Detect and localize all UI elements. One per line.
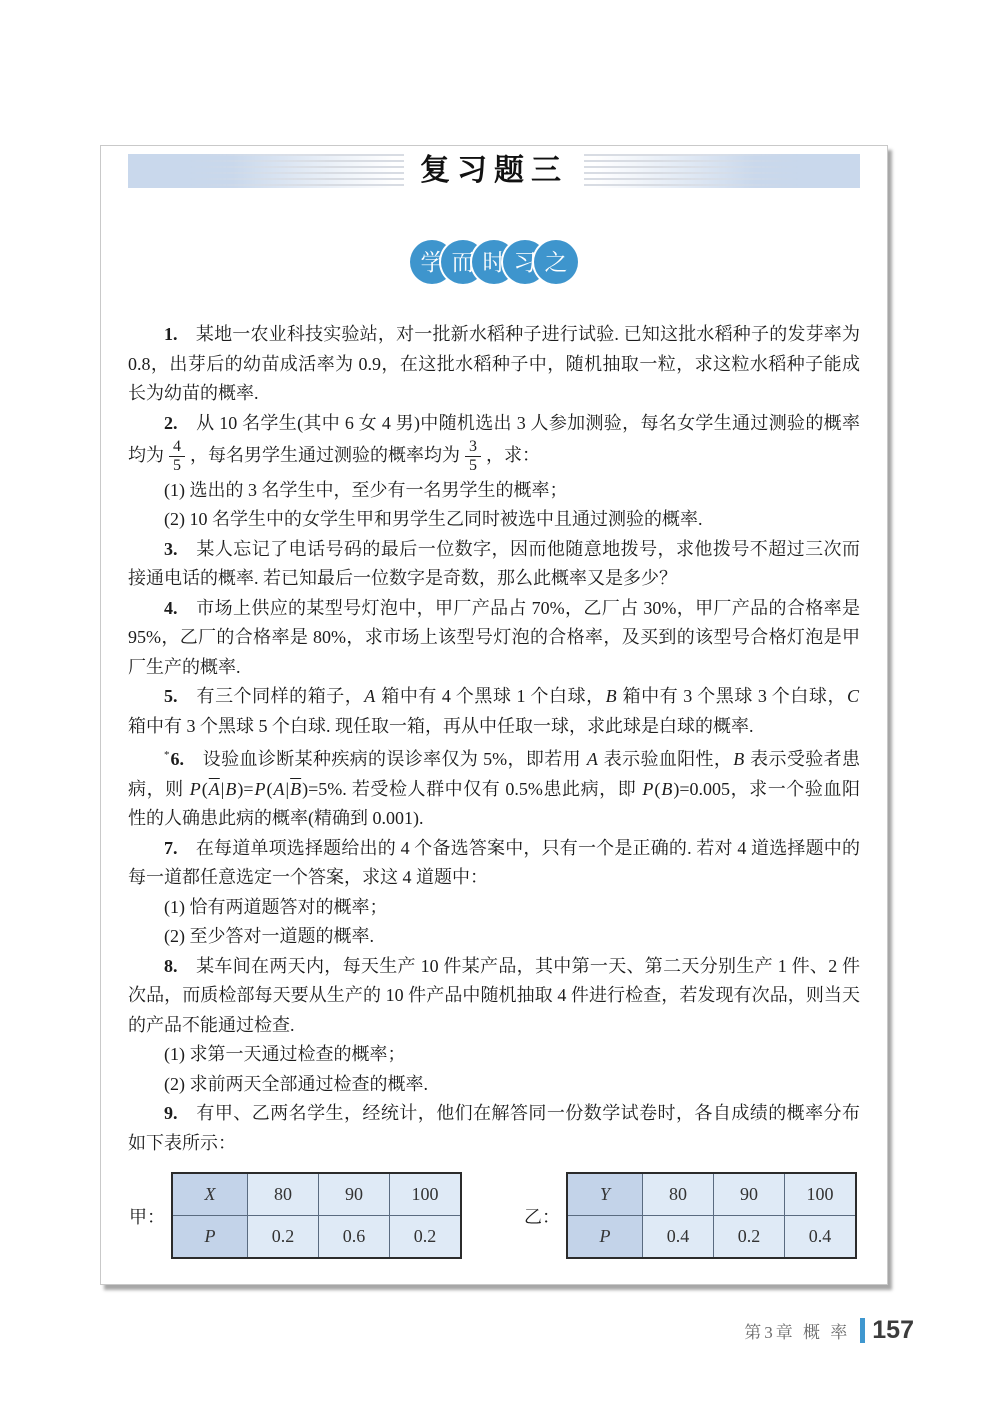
table-cell: X xyxy=(172,1173,248,1216)
table-cell: Y xyxy=(567,1173,643,1216)
table-cell: 80 xyxy=(643,1173,714,1216)
text-segment: A xyxy=(273,779,286,799)
text-segment: P xyxy=(641,779,654,799)
text-segment: * xyxy=(164,749,170,761)
problem-paragraph: 4. 市场上供应的某型号灯泡中，甲厂产品占 70%，乙厂占 30%，甲厂产品的合… xyxy=(128,594,860,683)
problem-paragraph: 7. 在每道单项选择题给出的 4 个备选答案中，只有一个是正确的. 若对 4 道… xyxy=(128,834,860,893)
table-cell: 100 xyxy=(390,1173,462,1216)
text-segment: )=5%. 若受检人群中仅有 0.5%患此病，即 xyxy=(302,779,641,799)
text-segment: (2) 10 名学生中的女学生甲和男学生乙同时被选中且通过测验的概率. xyxy=(164,509,703,529)
problem-paragraph: 5. 有三个同样的箱子，A 箱中有 4 个黑球 1 个白球，B 箱中有 3 个黑… xyxy=(128,682,860,741)
text-segment: 箱中有 3 个黑球 3 个白球， xyxy=(618,686,846,706)
text-segment: A xyxy=(208,779,221,799)
page-footer: 第3章 概 率 157 xyxy=(744,1316,914,1345)
table-cell: 80 xyxy=(248,1173,319,1216)
text-segment: B xyxy=(224,779,237,799)
text-segment: 市场上供应的某型号灯泡中，甲厂产品占 70%，乙厂占 30%，甲厂产品的合格率是… xyxy=(128,598,860,677)
table-label-yi: 乙： xyxy=(524,1203,560,1229)
table-cell: 0.4 xyxy=(643,1216,714,1259)
table-cell: 100 xyxy=(785,1173,857,1216)
text-segment: B xyxy=(289,779,302,799)
chapter-title-band: 复习题三 xyxy=(128,154,860,188)
text-segment: (2) 求前两天全部通过检查的概率. xyxy=(164,1074,428,1094)
text-segment: B xyxy=(660,779,673,799)
text-segment: A xyxy=(586,749,599,769)
page-frame: 复习题三 学而时习之 1. 某地一农业科技实验站，对一批新水稻种子进行试验. 已… xyxy=(100,145,888,1285)
text-segment: (1) 恰有两道题答对的概率； xyxy=(164,897,388,917)
table-group-jia: 甲： X 80 90 100 P 0.2 0.6 0.2 xyxy=(129,1172,462,1259)
fraction: 35 xyxy=(465,438,481,476)
problem-paragraph: 9. 有甲、乙两名学生，经统计，他们在解答同一份数学试卷时，各自成绩的概率分布如… xyxy=(128,1099,860,1158)
text-segment: B xyxy=(605,686,618,706)
fraction: 45 xyxy=(169,438,185,476)
table-row: Y 80 90 100 xyxy=(567,1173,856,1216)
problem-paragraph: *6. 设验血诊断某种疾病的误诊率仅为 5%，即若用 A 表示验血阳性，B 表示… xyxy=(128,741,860,834)
table-cell: 90 xyxy=(714,1173,785,1216)
table-cell: P xyxy=(172,1216,248,1259)
table-row: P 0.4 0.2 0.4 xyxy=(567,1216,856,1259)
table-cell: 0.2 xyxy=(714,1216,785,1259)
text-segment: 表示验血阳性， xyxy=(599,749,732,769)
footer-chapter-label: 第3章 概 率 xyxy=(744,1318,850,1343)
text-segment: 在每道单项选择题给出的 4 个备选答案中，只有一个是正确的. 若对 4 道选择题… xyxy=(128,838,860,888)
text-segment: ( xyxy=(267,779,273,799)
band-stripe-pattern xyxy=(584,154,860,188)
text-segment: )= xyxy=(237,779,253,799)
band-stripe-pattern xyxy=(128,154,404,188)
problem-paragraph: 1. 某地一农业科技实验站，对一批新水稻种子进行试验. 已知这批水稻种子的发芽率… xyxy=(128,320,860,409)
text-segment: 箱中有 4 个黑球 1 个白球， xyxy=(376,686,604,706)
text-segment: 9. xyxy=(164,1103,178,1123)
problems-list: 1. 某地一农业科技实验站，对一批新水稻种子进行试验. 已知这批水稻种子的发芽率… xyxy=(128,320,860,1158)
text-segment: C xyxy=(846,686,860,706)
problem-subitem: (1) 恰有两道题答对的概率； xyxy=(128,893,860,923)
text-segment: 某车间在两天内，每天生产 10 件某产品，其中第一天、第二天分别生产 1 件、2… xyxy=(128,956,860,1035)
text-segment: P xyxy=(254,779,267,799)
text-segment: 3. xyxy=(164,539,178,559)
text-segment: 有甲、乙两名学生，经统计，他们在解答同一份数学试卷时，各自成绩的概率分布如下表所… xyxy=(128,1103,860,1153)
table-cell: 0.4 xyxy=(785,1216,857,1259)
text-segment: (2) 至少答对一道题的概率. xyxy=(164,926,374,946)
text-segment: B xyxy=(732,749,745,769)
text-segment: 5. xyxy=(164,686,178,706)
footer-divider-bar xyxy=(860,1318,865,1343)
problem-subitem: (2) 求前两天全部通过检查的概率. xyxy=(128,1070,860,1100)
text-segment: 1. xyxy=(164,324,178,344)
table-row: X 80 90 100 xyxy=(172,1173,461,1216)
section-badge: 学而时习之 xyxy=(101,240,887,284)
table-row: P 0.2 0.6 0.2 xyxy=(172,1216,461,1259)
badge-circle: 之 xyxy=(534,240,578,284)
table-label-jia: 甲： xyxy=(129,1203,165,1229)
table-cell: P xyxy=(567,1216,643,1259)
band-decoration-left xyxy=(128,154,404,188)
text-segment: 某人忘记了电话号码的最后一位数字，因而他随意地拨号，求他拨号不超过三次而接通电话… xyxy=(128,539,860,589)
text-segment: 有三个同样的箱子， xyxy=(178,686,364,706)
problem-subitem: (1) 选出的 3 名学生中，至少有一名男学生的概率； xyxy=(128,476,860,506)
table-cell: 0.2 xyxy=(248,1216,319,1259)
text-segment: 8. xyxy=(164,956,178,976)
footer-page-number: 157 xyxy=(872,1316,914,1345)
distribution-table-yi: Y 80 90 100 P 0.4 0.2 0.4 xyxy=(566,1172,857,1259)
text-segment: 设验血诊断某种疾病的误诊率仅为 5%，即若用 xyxy=(184,749,586,769)
text-segment: 4. xyxy=(164,598,178,618)
problem-paragraph: 8. 某车间在两天内，每天生产 10 件某产品，其中第一天、第二天分别生产 1 … xyxy=(128,952,860,1041)
text-segment: (1) 求第一天通过检查的概率； xyxy=(164,1044,406,1064)
distribution-table-jia: X 80 90 100 P 0.2 0.6 0.2 xyxy=(171,1172,462,1259)
text-segment: ，每名男学生通过测验的概率均为 xyxy=(190,445,460,465)
table-cell: 0.6 xyxy=(319,1216,390,1259)
page-title: 复习题三 xyxy=(404,154,584,188)
problem-subitem: (2) 10 名学生中的女学生甲和男学生乙同时被选中且通过测验的概率. xyxy=(128,505,860,535)
text-segment: A xyxy=(363,686,376,706)
band-decoration-right xyxy=(584,154,860,188)
text-segment: 箱中有 3 个黑球 5 个白球. 现任取一箱，再从中任取一球，求此球是白球的概率… xyxy=(128,716,754,736)
distribution-tables: 甲： X 80 90 100 P 0.2 0.6 0.2 乙： xyxy=(129,1172,887,1259)
problem-paragraph: 3. 某人忘记了电话号码的最后一位数字，因而他随意地拨号，求他拨号不超过三次而接… xyxy=(128,535,860,594)
table-cell: 0.2 xyxy=(390,1216,462,1259)
text-segment: (1) 选出的 3 名学生中，至少有一名男学生的概率； xyxy=(164,480,568,500)
text-segment: 7. xyxy=(164,838,178,858)
text-segment: 2. xyxy=(164,413,178,433)
text-segment: ，求： xyxy=(486,445,540,465)
table-group-yi: 乙： Y 80 90 100 P 0.4 0.2 0.4 xyxy=(524,1172,857,1259)
text-segment: P xyxy=(189,779,202,799)
text-segment: 某地一农业科技实验站，对一批新水稻种子进行试验. 已知这批水稻种子的发芽率为 0… xyxy=(128,324,860,403)
table-cell: 90 xyxy=(319,1173,390,1216)
text-segment: ( xyxy=(202,779,208,799)
text-segment: 6. xyxy=(171,749,185,769)
problem-subitem: (2) 至少答对一道题的概率. xyxy=(128,922,860,952)
problem-paragraph: 2. 从 10 名学生(其中 6 女 4 男)中随机选出 3 人参加测验，每名女… xyxy=(128,409,860,476)
problem-subitem: (1) 求第一天通过检查的概率； xyxy=(128,1040,860,1070)
